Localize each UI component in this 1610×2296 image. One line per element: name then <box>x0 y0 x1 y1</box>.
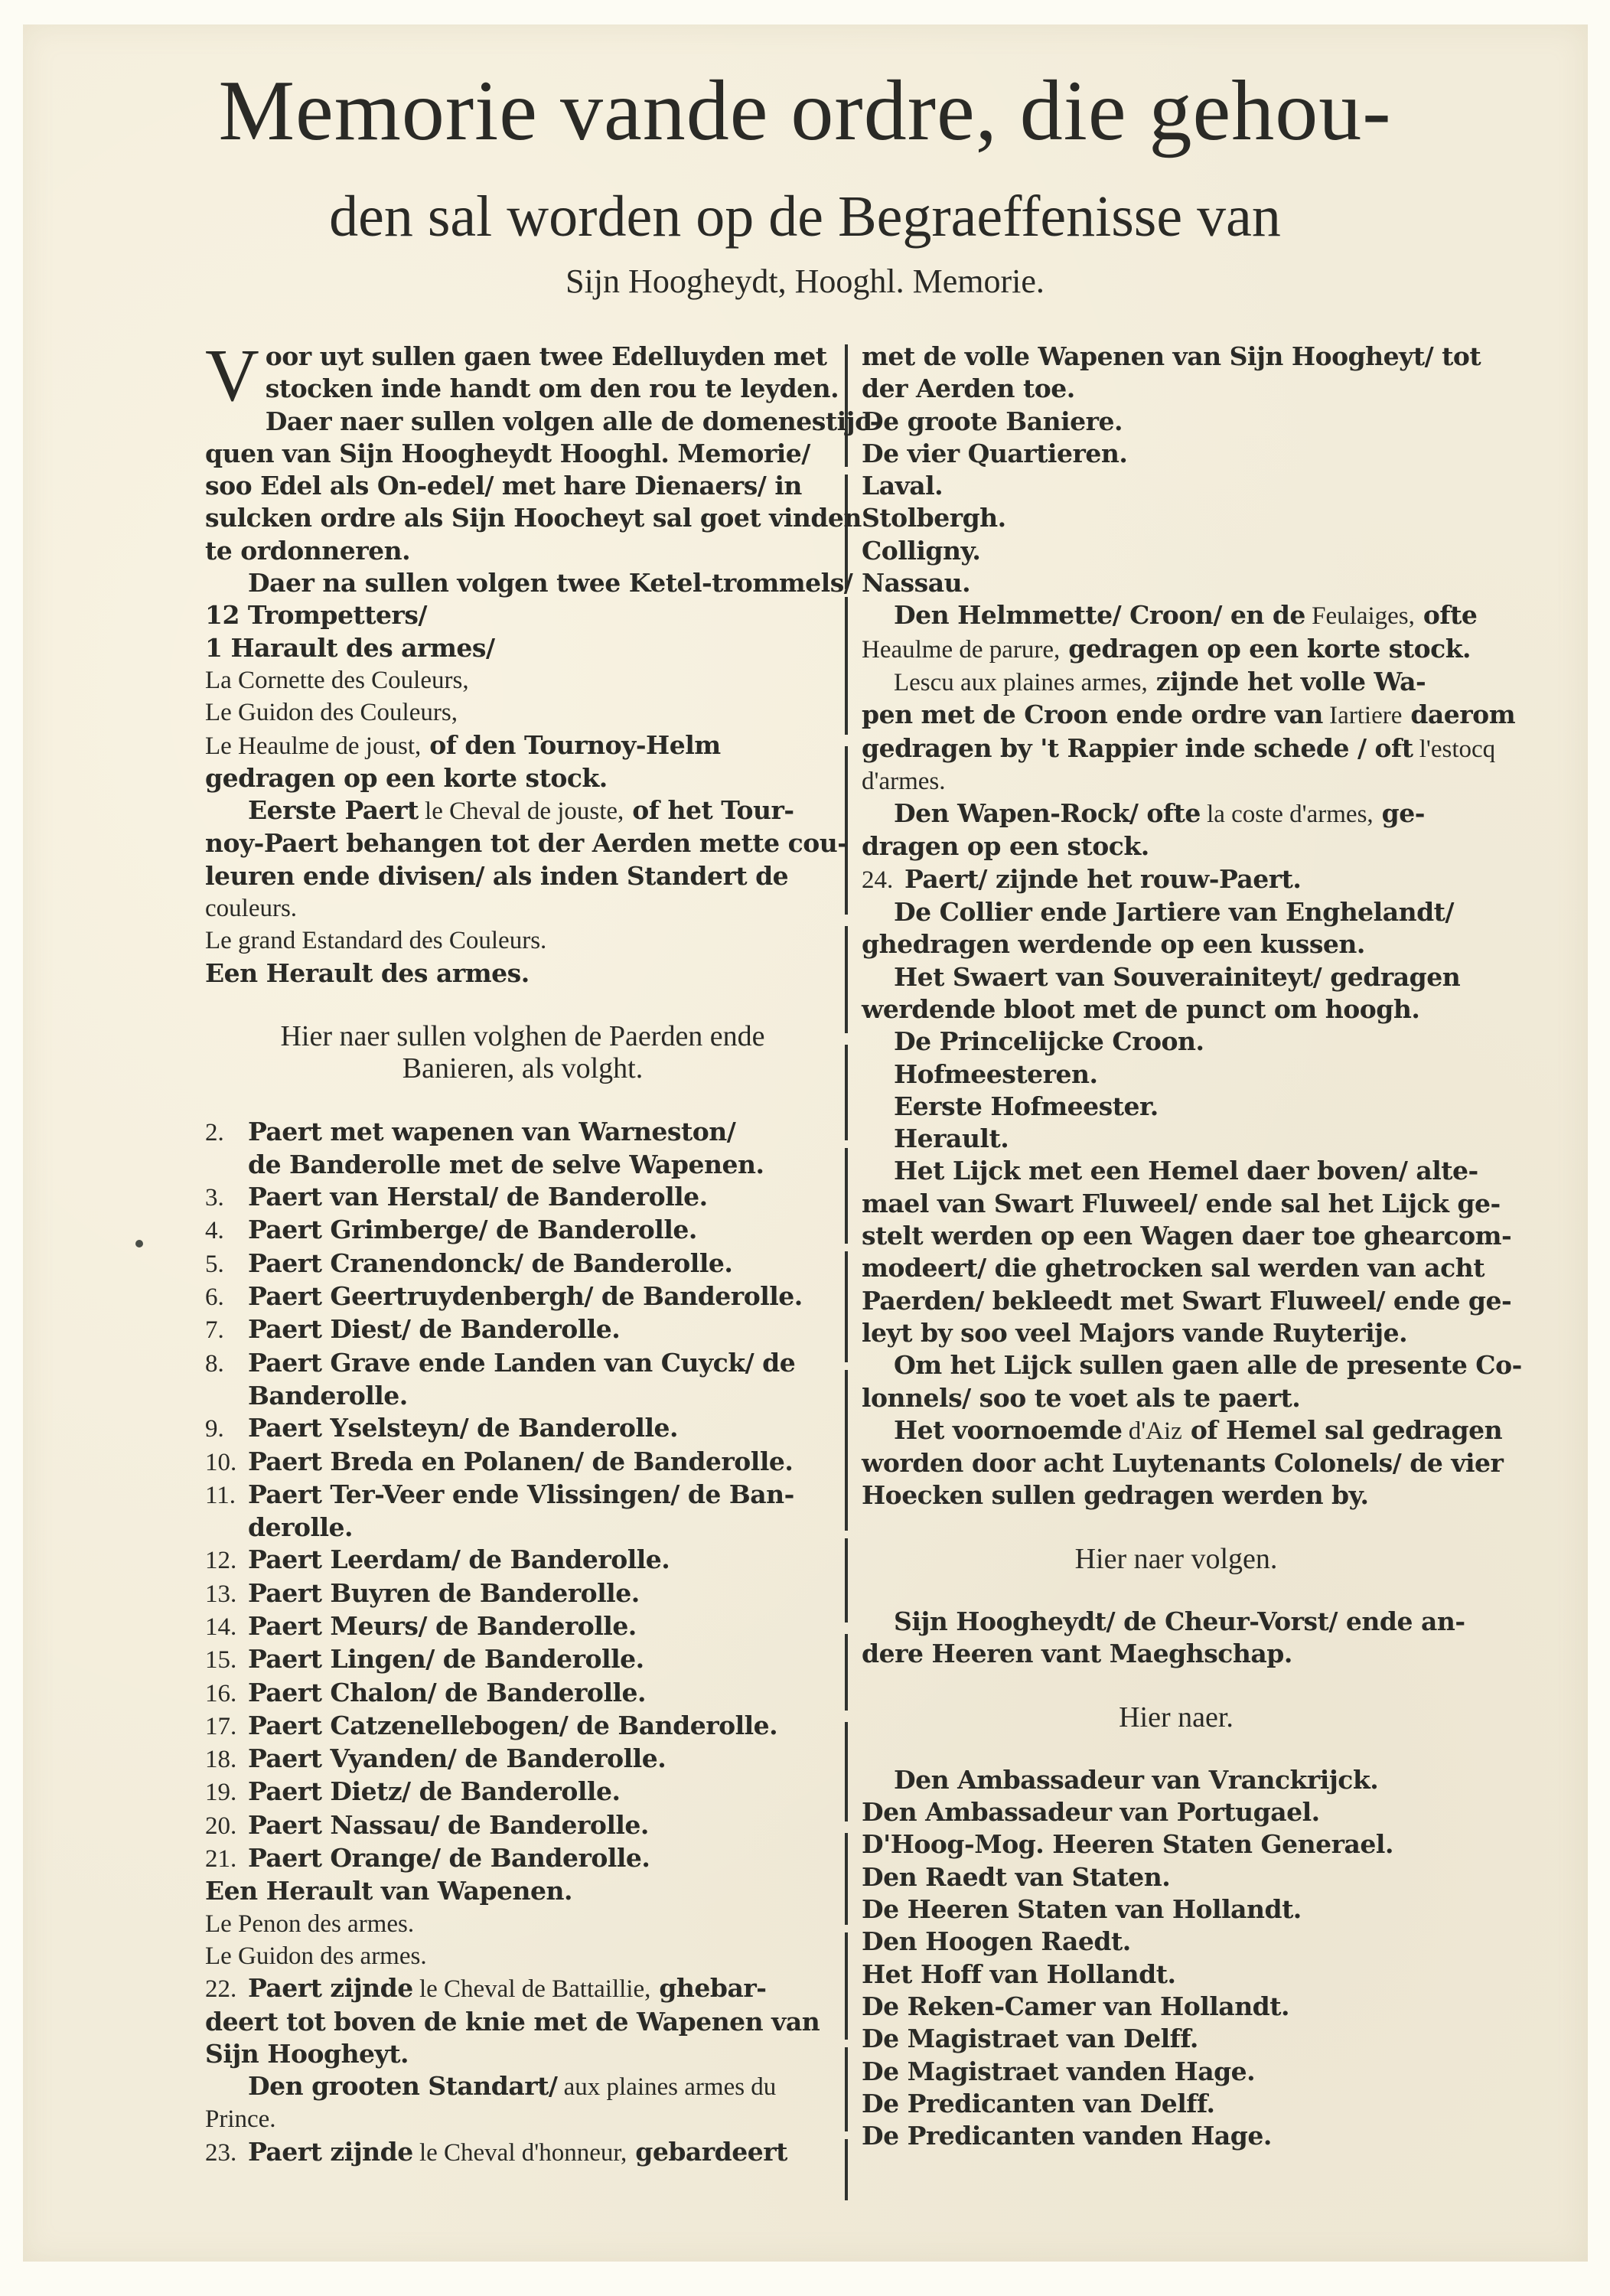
horse-entry: 11.Paert Ter-Veer ende Vlissingen/ de Ba… <box>205 1479 840 1512</box>
dignitary-item: Den Ambassadeur van Vranckrijck. <box>862 1764 1491 1796</box>
entry-text: Paert Nassau/ de Banderolle. <box>248 1810 649 1840</box>
column-rule <box>845 1370 848 1531</box>
right-column: met de volle Wapenen van Sijn Hoogheyt/ … <box>862 341 1491 2152</box>
entry-number: 9. <box>205 1413 248 1445</box>
text-line: Den Helmmette/ Croon/ en de Feulaiges, o… <box>862 599 1491 632</box>
text-line: d'armes. <box>862 765 1491 797</box>
horse-entry: 8.Paert Grave ende Landen van Cuyck/ de <box>205 1347 840 1380</box>
entry-number: 7. <box>205 1314 248 1346</box>
text-line: Hoecken sullen gedragen werden by. <box>862 1479 1491 1512</box>
official-item: De Princelijcke Croon. <box>862 1026 1491 1058</box>
text-line: modeert/ die ghetrocken sal werden van a… <box>862 1252 1491 1284</box>
section-heading: Hier naer. <box>862 1701 1491 1733</box>
text-line: De Collier ende Jartiere van Enghelandt/ <box>862 896 1491 928</box>
text-line: Eerste Paert le Cheval de jouste, of het… <box>205 794 840 827</box>
text-line: Het Lijck met een Hemel daer boven/ alte… <box>862 1155 1491 1187</box>
text-line: deert tot boven de knie met de Wapenen v… <box>205 2006 840 2038</box>
text-line: 23.Paert zijnde le Cheval d'honneur, geb… <box>205 2136 840 2169</box>
text-line: met de volle Wapenen van Sijn Hoogheyt/ … <box>862 341 1491 373</box>
entry-text: Paert Yselsteyn/ de Banderolle. <box>248 1413 678 1443</box>
entry-text: Paert Meurs/ de Banderolle. <box>248 1611 637 1641</box>
text-line: Le grand Estandard des Couleurs. <box>205 925 840 957</box>
entry-number: 20. <box>205 1810 248 1842</box>
entry-text: Paert Chalon/ de Banderolle. <box>248 1678 646 1707</box>
horse-entry: 18.Paert Vyanden/ de Banderolle. <box>205 1743 840 1776</box>
banner-item: Nassau. <box>862 567 1491 599</box>
horse-entry: 19.Paert Dietz/ de Banderolle. <box>205 1776 840 1808</box>
text-line: 1 Harault des armes/ <box>205 632 840 664</box>
section-heading: Banieren, als volght. <box>205 1052 840 1084</box>
horse-entry: 2.Paert met wapenen van Warneston/ <box>205 1116 840 1149</box>
entry-text: Paert Cranendonck/ de Banderolle. <box>248 1248 732 1278</box>
text-line: Het Swaert van Souverainiteyt/ gedragen <box>862 961 1491 993</box>
official-item: Herault. <box>862 1123 1491 1155</box>
text-line: Le Guidon des Couleurs, <box>205 696 840 729</box>
dignitary-item: De Heeren Staten van Hollandt. <box>862 1893 1491 1926</box>
dignitary-item: Den Hoogen Raedt. <box>862 1926 1491 1958</box>
dignitary-item: Den Raedt van Staten. <box>862 1861 1491 1893</box>
horse-entry: 5.Paert Cranendonck/ de Banderolle. <box>205 1247 840 1280</box>
official-item: Eerste Hofmeester. <box>862 1091 1491 1123</box>
entry-number: 5. <box>205 1248 248 1280</box>
dignitary-item: De Reken-Camer van Hollandt. <box>862 1991 1491 2023</box>
entry-number: 14. <box>205 1611 248 1643</box>
horse-entry: 16.Paert Chalon/ de Banderolle. <box>205 1677 840 1710</box>
horse-list: 2.Paert met wapenen van Warneston/de Ban… <box>205 1116 840 1876</box>
horse-entry: 7.Paert Diest/ de Banderolle. <box>205 1313 840 1346</box>
column-rule <box>845 926 848 1033</box>
entry-number: 3. <box>205 1182 248 1214</box>
official-item: Hofmeesteren. <box>862 1058 1491 1091</box>
text-line: Paerden/ bekleedt met Swart Fluweel/ end… <box>862 1285 1491 1317</box>
intro-paragraph: V oor uyt sullen gaen twee Edelluyden me… <box>205 341 840 406</box>
drop-cap: V <box>205 344 259 408</box>
text-line: quen van Sijn Hoogheydt Hooghl. Memorie/ <box>205 438 840 470</box>
entry-text: Paert Vyanden/ de Banderolle. <box>248 1743 666 1773</box>
section-heading: Hier naer sullen volghen de Paerden ende <box>205 1020 840 1052</box>
dignitary-item: Den Ambassadeur van Portugael. <box>862 1796 1491 1828</box>
text-line: ghedragen werdende op een kussen. <box>862 928 1491 960</box>
horse-entry: 21.Paert Orange/ de Banderolle. <box>205 1842 840 1875</box>
entry-number: 17. <box>205 1711 248 1743</box>
horse-entry: 6.Paert Geertruydenbergh/ de Banderolle. <box>205 1280 840 1313</box>
text-line: dragen op een stock. <box>862 830 1491 863</box>
entry-continuation: Banderolle. <box>205 1380 840 1412</box>
text-line: Daer naer sullen volgen alle de domenest… <box>205 406 840 438</box>
entry-text: Paert Ter-Veer ende Vlissingen/ de Ban- <box>248 1479 794 1509</box>
entry-number: 15. <box>205 1644 248 1676</box>
text-line: Le Guidon des armes. <box>205 1940 840 1972</box>
text-line: Prince. <box>205 2103 840 2135</box>
column-rule <box>845 1833 848 1925</box>
horse-entry: 9.Paert Yselsteyn/ de Banderolle. <box>205 1412 840 1445</box>
text-line: oor uyt sullen gaen twee Edelluyden met <box>205 341 840 373</box>
dignitary-item: De Predicanten van Delff. <box>862 2088 1491 2120</box>
horse-entry: 14.Paert Meurs/ de Banderolle. <box>205 1610 840 1643</box>
entry-number: 8. <box>205 1348 248 1380</box>
text-line: dere Heeren vant Maeghschap. <box>862 1638 1491 1670</box>
entry-number: 16. <box>205 1678 248 1710</box>
dignitary-item: De Predicanten vanden Hage. <box>862 2120 1491 2152</box>
section-heading: Hier naer volgen. <box>862 1543 1491 1575</box>
text-line: sulcken ordre als Sijn Hoocheyt sal goet… <box>205 502 840 534</box>
text-line: Een Herault des armes. <box>205 957 840 990</box>
text-line: werdende bloot met de punct om hoogh. <box>862 993 1491 1026</box>
horse-entry: 4.Paert Grimberge/ de Banderolle. <box>205 1214 840 1247</box>
text-line: 22.Paert zijnde le Cheval de Battaillie,… <box>205 1972 840 2005</box>
entry-text: Paert Buyren de Banderolle. <box>248 1578 640 1608</box>
entry-text: Paert Leerdam/ de Banderolle. <box>248 1544 670 1574</box>
text-line: La Cornette des Couleurs, <box>205 664 840 696</box>
entry-text: Paert van Herstal/ de Banderolle. <box>248 1182 708 1212</box>
banner-item: Colligny. <box>862 535 1491 567</box>
text-line: mael van Swart Fluweel/ ende sal het Lij… <box>862 1188 1491 1220</box>
text-line: 24.Paert/ zijnde het rouw-Paert. <box>862 863 1491 896</box>
column-rule <box>845 1932 848 2040</box>
entry-number: 18. <box>205 1743 248 1776</box>
horse-entry: 17.Paert Catzenellebogen/ de Banderolle. <box>205 1710 840 1743</box>
column-rule <box>845 2047 848 2131</box>
column-rule <box>845 1251 848 1362</box>
title-line-1: Memorie vande ordre, die gehou- <box>0 61 1610 161</box>
entry-text: Paert Dietz/ de Banderolle. <box>248 1776 620 1806</box>
text-line: noy-Paert behangen tot der Aerden mette … <box>205 827 840 859</box>
text-line: Om het Lijck sullen gaen alle de present… <box>862 1349 1491 1381</box>
entry-text: Paert Catzenellebogen/ de Banderolle. <box>248 1711 777 1740</box>
column-rule <box>845 1538 848 1623</box>
entry-number: 10. <box>205 1446 248 1479</box>
text-line: leyt by soo veel Majors vande Ruyterije. <box>862 1317 1491 1349</box>
text-line: Le Penon des armes. <box>205 1908 840 1940</box>
banner-item: Laval. <box>862 470 1491 502</box>
text-line: 12 Trompetters/ <box>205 599 840 631</box>
entry-continuation: de Banderolle met de selve Wapenen. <box>205 1149 840 1181</box>
title-line-2: den sal worden op de Begraeffenisse van <box>0 182 1610 251</box>
horse-entry: 3.Paert van Herstal/ de Banderolle. <box>205 1181 840 1214</box>
banner-item: De groote Baniere. <box>862 406 1491 438</box>
text-line: Le Heaulme de joust, of den Tournoy-Helm <box>205 729 840 762</box>
column-rule <box>845 1634 848 1711</box>
ink-speck <box>135 1240 143 1247</box>
text-line: leuren ende divisen/ als inden Standert … <box>205 860 840 892</box>
text-line: gedragen by 't Rappier inde schede / oft… <box>862 732 1491 765</box>
entry-text: Paert Lingen/ de Banderolle. <box>248 1644 644 1674</box>
text-line: Den Wapen-Rock/ ofte la coste d'armes, g… <box>862 797 1491 830</box>
horse-entry: 13.Paert Buyren de Banderolle. <box>205 1577 840 1610</box>
text-line: Daer na sullen volgen twee Ketel-trommel… <box>205 567 840 599</box>
text-line: worden door acht Luytenants Colonels/ de… <box>862 1447 1491 1479</box>
column-rule <box>845 2139 848 2200</box>
dignitary-item: De Magistraet van Delff. <box>862 2023 1491 2055</box>
dignitary-item: D'Hoog-Mog. Heeren Staten Generael. <box>862 1828 1491 1861</box>
entry-number: 19. <box>205 1776 248 1808</box>
title-line-3: Sijn Hoogheydt, Hooghl. Memorie. <box>0 260 1610 303</box>
horse-entry: 15.Paert Lingen/ de Banderolle. <box>205 1643 840 1676</box>
text-line: te ordonneren. <box>205 535 840 567</box>
text-line: gedragen op een korte stock. <box>205 762 840 794</box>
text-line: pen met de Croon ende ordre van Iartiere… <box>862 699 1491 732</box>
text-line: Een Herault van Wapenen. <box>205 1875 840 1907</box>
text-line: couleurs. <box>205 892 840 925</box>
text-line: Heaulme de parure, gedragen op een korte… <box>862 633 1491 666</box>
text-line: Het voornoemde d'Aiz of Hemel sal gedrag… <box>862 1414 1491 1447</box>
text-line: Sijn Hoogheydt/ de Cheur-Vorst/ ende an- <box>862 1606 1491 1638</box>
entry-number: 4. <box>205 1215 248 1247</box>
entry-text: Paert Orange/ de Banderolle. <box>248 1843 650 1873</box>
entry-text: Paert met wapenen van Warneston/ <box>248 1117 735 1146</box>
horse-entry: 12.Paert Leerdam/ de Banderolle. <box>205 1544 840 1577</box>
entry-number: 13. <box>205 1578 248 1610</box>
column-rule <box>845 1045 848 1140</box>
text-line: stocken inde handt om den rou te leyden. <box>205 373 840 405</box>
text-line: der Aerden toe. <box>862 373 1491 405</box>
entry-text: Paert Grave ende Landen van Cuyck/ de <box>248 1348 795 1378</box>
entry-number: 12. <box>205 1544 248 1577</box>
entry-text: Paert Diest/ de Banderolle. <box>248 1314 620 1344</box>
horse-entry: 20.Paert Nassau/ de Banderolle. <box>205 1809 840 1842</box>
column-rule <box>845 1722 848 1821</box>
entry-text: Paert Geertruydenbergh/ de Banderolle. <box>248 1281 803 1311</box>
text-line: soo Edel als On-edel/ met hare Dienaers/… <box>205 470 840 502</box>
entry-number: 6. <box>205 1281 248 1313</box>
entry-number: 2. <box>205 1117 248 1149</box>
horse-entry: 10.Paert Breda en Polanen/ de Banderolle… <box>205 1446 840 1479</box>
dignitary-item: De Magistraet vanden Hage. <box>862 2056 1491 2088</box>
entry-text: Paert Grimberge/ de Banderolle. <box>248 1215 697 1244</box>
column-rule <box>845 1148 848 1244</box>
banner-item: Stolbergh. <box>862 502 1491 534</box>
entry-number: 11. <box>205 1479 248 1512</box>
text-line: lonnels/ soo te voet als te paert. <box>862 1382 1491 1414</box>
column-rule <box>845 597 848 735</box>
entry-text: Paert Breda en Polanen/ de Banderolle. <box>248 1446 793 1476</box>
dignitary-item: Het Hoff van Hollandt. <box>862 1958 1491 1991</box>
entry-number: 21. <box>205 1843 248 1875</box>
entry-continuation: derolle. <box>205 1512 840 1544</box>
banner-item: De vier Quartieren. <box>862 438 1491 470</box>
text-line: Den grooten Standart/ aux plaines armes … <box>205 2070 840 2103</box>
text-line: stelt werden op een Wagen daer toe ghear… <box>862 1220 1491 1252</box>
text-line: Lescu aux plaines armes, zijnde het voll… <box>862 666 1491 699</box>
left-column: V oor uyt sullen gaen twee Edelluyden me… <box>205 341 840 2169</box>
text-line: Sijn Hoogheyt. <box>205 2038 840 2070</box>
